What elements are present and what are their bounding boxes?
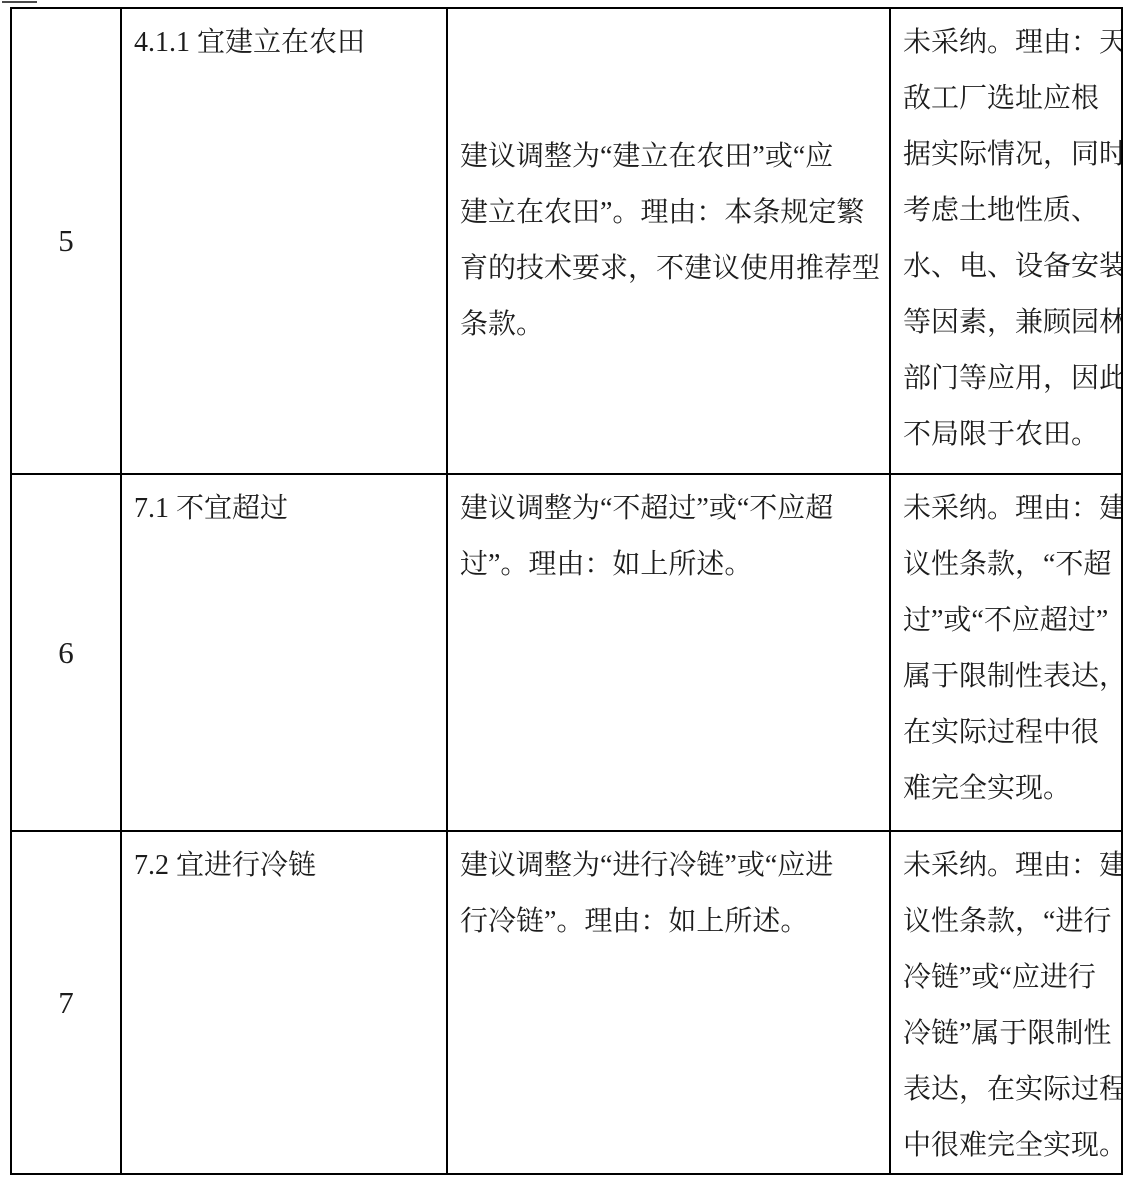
text-line: 属于限制性表达， bbox=[903, 649, 1115, 705]
text-line: 部门等应用，因此 bbox=[903, 351, 1115, 407]
text-line: 行冷链”。理由：如上所述。 bbox=[460, 894, 883, 950]
row-number-cell: 6 bbox=[12, 475, 122, 832]
page-edge-artifact bbox=[2, 1, 37, 3]
suggestion-cell: 建议调整为“建立在农田”或“应建立在农田”。理由：本条规定繁育的技术要求，不建议… bbox=[448, 9, 891, 475]
text-line: 水、电、设备安装 bbox=[903, 239, 1115, 295]
text-line: 议性条款，“不超 bbox=[903, 537, 1115, 593]
text-line: 等因素，兼顾园林 bbox=[903, 295, 1115, 351]
text-line: 冷链”属于限制性 bbox=[903, 1006, 1115, 1062]
text-line: 过”或“不应超过” bbox=[903, 593, 1115, 649]
text-line: 考虑土地性质、 bbox=[903, 183, 1115, 239]
text-line: 难完全实现。 bbox=[903, 761, 1115, 817]
text-line: 过”。理由：如上所述。 bbox=[460, 537, 883, 593]
clause-cell: 7.1 不宜超过 bbox=[122, 475, 448, 832]
text-line: 建议调整为“不超过”或“不应超 bbox=[460, 481, 883, 537]
row-number: 7 bbox=[58, 975, 74, 1031]
row-number: 5 bbox=[58, 213, 74, 269]
response-cell: 未采纳。理由：建议性条款，“进行冷链”或“应进行冷链”属于限制性表达，在实际过程… bbox=[891, 832, 1121, 1173]
row-number-cell: 5 bbox=[12, 9, 122, 475]
text-line: 育的技术要求，不建议使用推荐型 bbox=[460, 241, 883, 297]
text-line: 中很难完全实现。 bbox=[903, 1118, 1115, 1173]
suggestion-cell: 建议调整为“不超过”或“不应超过”。理由：如上所述。 bbox=[448, 475, 891, 832]
text-line: 不局限于农田。 bbox=[903, 407, 1115, 463]
text-line: 在实际过程中很 bbox=[903, 705, 1115, 761]
row-number-cell: 7 bbox=[12, 832, 122, 1173]
text-line: 建议调整为“建立在农田”或“应 bbox=[460, 129, 883, 185]
response-cell: 未采纳。理由：建议性条款，“不超过”或“不应超过”属于限制性表达，在实际过程中很… bbox=[891, 475, 1121, 832]
text-line: 建议调整为“进行冷链”或“应进 bbox=[460, 838, 883, 894]
clause-cell: 4.1.1 宜建立在农田 bbox=[122, 9, 448, 475]
text-line: 未采纳。理由：天 bbox=[903, 15, 1115, 71]
text-line: 未采纳。理由：建 bbox=[903, 481, 1115, 537]
row-number: 6 bbox=[58, 625, 74, 681]
text-line: 未采纳。理由：建 bbox=[903, 838, 1115, 894]
clause-text: 4.1.1 宜建立在农田 bbox=[134, 15, 438, 71]
text-line: 条款。 bbox=[460, 297, 883, 353]
text-line: 建立在农田”。理由：本条规定繁 bbox=[460, 185, 883, 241]
text-line: 敌工厂选址应根 bbox=[903, 71, 1115, 127]
suggestion-cell: 建议调整为“进行冷链”或“应进行冷链”。理由：如上所述。 bbox=[448, 832, 891, 1173]
clause-text: 7.2 宜进行冷链 bbox=[134, 838, 438, 894]
text-line: 冷链”或“应进行 bbox=[903, 950, 1115, 1006]
text-line: 表达，在实际过程 bbox=[903, 1062, 1115, 1118]
clause-cell: 7.2 宜进行冷链 bbox=[122, 832, 448, 1173]
response-cell: 未采纳。理由：天敌工厂选址应根据实际情况，同时考虑土地性质、水、电、设备安装等因… bbox=[891, 9, 1121, 475]
clause-text: 7.1 不宜超过 bbox=[134, 481, 438, 537]
review-comments-table: 5 4.1.1 宜建立在农田 建议调整为“建立在农田”或“应建立在农田”。理由：… bbox=[10, 7, 1123, 1175]
document-page: 5 4.1.1 宜建立在农田 建议调整为“建立在农田”或“应建立在农田”。理由：… bbox=[0, 0, 1129, 1181]
text-line: 议性条款，“进行 bbox=[903, 894, 1115, 950]
text-line: 据实际情况，同时 bbox=[903, 127, 1115, 183]
